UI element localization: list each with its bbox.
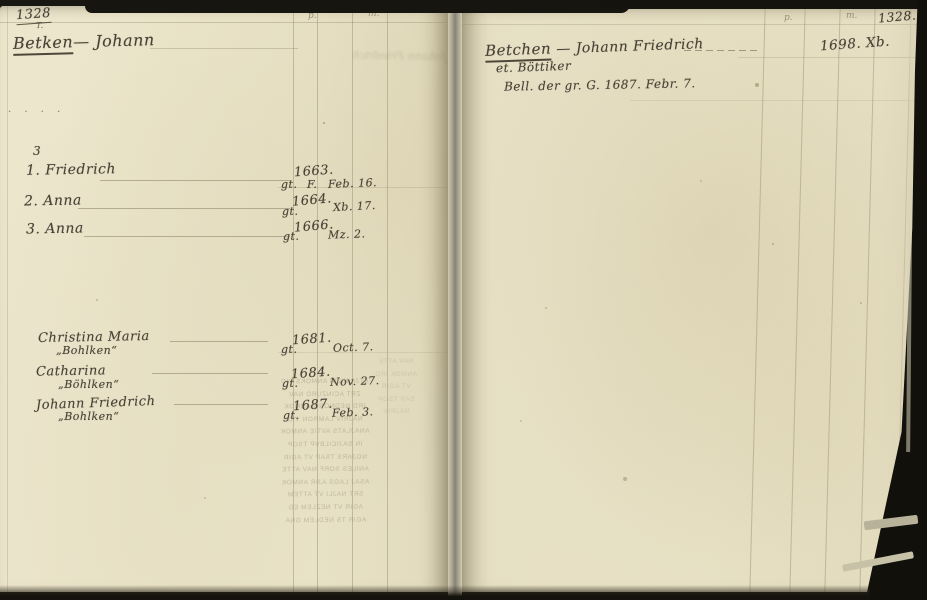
- right-page: p. m. 1328. Betchen — Johann Friedrich 1…: [462, 8, 918, 592]
- column-mark-m: m.: [846, 11, 857, 21]
- alias-note: et. Böttiker: [496, 59, 572, 76]
- baptized-abbr: gt.: [282, 205, 298, 218]
- page-number-mark: T.: [36, 21, 44, 30]
- entry-surname: „Bohlken“: [58, 410, 119, 423]
- entry-date: Oct. 7.: [333, 340, 374, 354]
- entry-date: Xb. 17.: [333, 199, 376, 214]
- entry-date: Feb. 16.: [328, 176, 378, 191]
- entry-col: F.: [307, 178, 317, 191]
- heading-trail-line: [150, 48, 298, 49]
- margin-rule: [7, 6, 8, 592]
- showthrough-line: IN SAJICILBVP TSOP: [260, 438, 390, 452]
- page-number: 1328: [15, 6, 51, 25]
- header-rule: [0, 22, 448, 23]
- book-scan: 1328 T. p. m. Betken— Johann · · · · 3 1…: [0, 0, 927, 600]
- heading-surname: Betken: [13, 32, 74, 56]
- column-rule-group: [454, 8, 925, 592]
- entry-trail-line: [78, 208, 290, 209]
- row-rule: [738, 57, 916, 58]
- showthrough-line: NOJARS TSAP VT AGIR: [260, 451, 390, 465]
- baptized-abbr: gt.: [281, 178, 297, 191]
- heading-trail-dashes: [684, 50, 760, 51]
- entry-trail-line: [174, 404, 268, 405]
- showthrough-line: ANAJLATS AVTIE ANMOK: [260, 426, 390, 440]
- entry-name: 1. Friedrich: [26, 161, 116, 179]
- top-binding-shadow: [85, 0, 630, 13]
- entry-name: 2. Anna: [24, 192, 82, 209]
- showthrough-line: NAV ATTE: [350, 356, 442, 369]
- column-rule: [824, 8, 840, 592]
- column-rule: [789, 8, 805, 592]
- entry-name: 3. Anna: [26, 220, 84, 237]
- header-rule: [462, 24, 918, 25]
- entry-surname: „Böhlken“: [58, 378, 119, 391]
- baptized-abbr: gt.: [281, 343, 297, 356]
- top-binding-shadow: [600, 0, 927, 9]
- showthrough-side-block: NAV ATTE ANMOK IRD VT AGIR SAP TSOP NAJR…: [350, 356, 443, 420]
- showthrough-line: AGIR VT NEZLEM ED: [260, 501, 390, 515]
- column-mark-p: p.: [784, 13, 793, 23]
- column-rule: [859, 8, 875, 592]
- showthrough-line: ANILES SORF NAV ATTE: [260, 464, 390, 478]
- entry-surname: „Bohlken“: [56, 344, 117, 357]
- showthrough-line: VT AGIR: [350, 381, 442, 394]
- count-mark: 3: [33, 144, 41, 158]
- row-rule: [630, 100, 916, 101]
- column-rule: [749, 8, 765, 592]
- showthrough-line: AGIR TS NEDLEM GNA: [261, 514, 391, 528]
- entry-trail-line: [170, 341, 268, 342]
- bottom-edge-shadow: [0, 585, 870, 600]
- showthrough-line: SAP TSOP: [350, 393, 442, 406]
- entry-date: Mz. 2.: [328, 227, 366, 241]
- foxing-specks: [323, 122, 325, 124]
- baptized-abbr: gt.: [283, 230, 299, 243]
- entry-trail-line: [84, 236, 290, 237]
- entry-year: 1681.: [292, 331, 333, 349]
- entry-trail-line: [152, 373, 268, 374]
- heading-rest: — Johann: [73, 30, 155, 51]
- left-page: 1328 T. p. m. Betken— Johann · · · · 3 1…: [0, 6, 448, 592]
- showthrough-line: ANMOK IRD: [350, 368, 442, 381]
- margin-dots: · · · ·: [8, 107, 65, 118]
- family-heading: Betken— Johann: [13, 30, 155, 53]
- entry-trail-line: [100, 180, 290, 181]
- showthrough-line: NAJRIV: [350, 406, 442, 419]
- showthrough-line: SRT NAJLI VT ATTEM: [260, 489, 390, 503]
- showthrough-line: ASAJ LAGS AJIR ANMOK: [260, 476, 390, 490]
